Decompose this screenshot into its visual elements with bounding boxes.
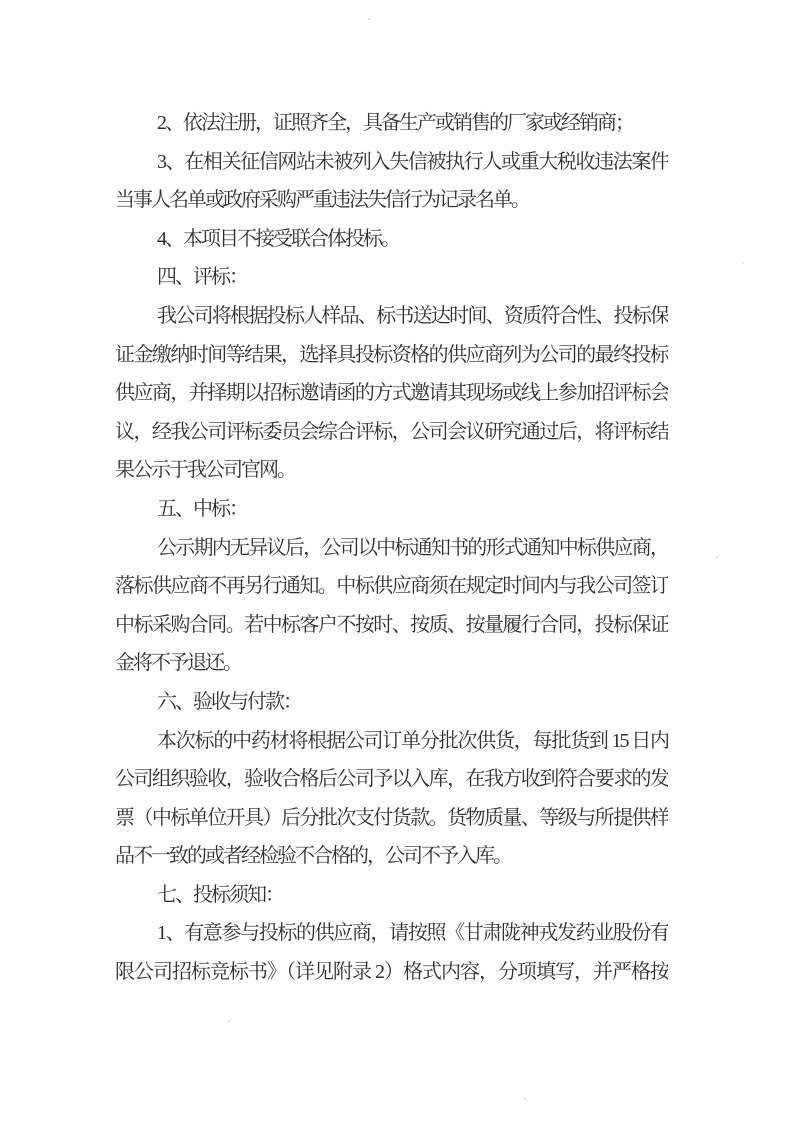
text-line-evaluation-2: 证金缴纳时间等结果，选择具投标资格的供应商列为公司的最终投标 xyxy=(115,336,668,375)
text-line-evaluation-5: 果公示于我公司官网。 xyxy=(115,451,668,490)
scan-speck xyxy=(524,1098,526,1100)
text-line-acceptance-3: 票（中标单位开具）后分批次支付货款。货物质量、等级与所提供样 xyxy=(115,799,668,838)
section-heading-bid-notes: 七、投标须知： xyxy=(115,876,668,915)
text-line-award-4: 金将不予退还。 xyxy=(115,644,668,683)
text-line-award-2: 落标供应商不再另行通知。中标供应商须在规定时间内与我公司签订 xyxy=(115,567,668,606)
text-line-bid-notes-1: 1、有意参与投标的供应商，请按照《甘肃陇神戎发药业股份有 xyxy=(115,914,668,953)
section-heading-evaluation: 四、评标： xyxy=(115,258,668,297)
document-page: 2、依法注册，证照齐全，具备生产或销售的厂家或经销商； 3、在相关征信网站未被列… xyxy=(0,0,793,1122)
text-line-evaluation-3: 供应商，并择期以招标邀请函的方式邀请其现场或线上参加招评标会 xyxy=(115,374,668,413)
text-line-item-2: 2、依法注册，证照齐全，具备生产或销售的厂家或经销商； xyxy=(115,104,668,143)
scan-speck xyxy=(228,1020,230,1022)
text-line-item-3: 3、在相关征信网站未被列入失信被执行人或重大税收违法案件 xyxy=(115,143,668,182)
scan-speck xyxy=(368,18,371,20)
text-line-item-4: 4、本项目不接受联合体投标。 xyxy=(115,220,668,259)
scan-speck xyxy=(716,556,718,558)
text-line-acceptance-2: 公司组织验收，验收合格后公司予以入库，在我方收到符合要求的发 xyxy=(115,760,668,799)
section-heading-award: 五、中标： xyxy=(115,490,668,529)
text-line-item-3-cont: 当事人名单或政府采购严重违法失信行为记录名单。 xyxy=(115,181,668,220)
text-line-evaluation-1: 我公司将根据投标人样品、标书送达时间、资质符合性、投标保 xyxy=(115,297,668,336)
text-line-acceptance-1: 本次标的中药材将根据公司订单分批次供货，每批货到 15 日内 xyxy=(115,722,668,761)
text-line-award-3: 中标采购合同。若中标客户不按时、按质、按量履行合同，投标保证 xyxy=(115,606,668,645)
text-line-bid-notes-2: 限公司招标竞标书》（详见附录 2）格式内容，分项填写，并严格按 xyxy=(115,953,668,992)
section-heading-acceptance: 六、验收与付款： xyxy=(115,683,668,722)
scan-speck xyxy=(742,262,744,264)
text-line-award-1: 公示期内无异议后，公司以中标通知书的形式通知中标供应商， xyxy=(115,529,668,568)
text-line-evaluation-4: 议，经我公司评标委员会综合评标，公司会议研究通过后，将评标结 xyxy=(115,413,668,452)
text-line-acceptance-4: 品不一致的或者经检验不合格的，公司不予入库。 xyxy=(115,837,668,876)
document-text-block: 2、依法注册，证照齐全，具备生产或销售的厂家或经销商； 3、在相关征信网站未被列… xyxy=(115,104,668,992)
